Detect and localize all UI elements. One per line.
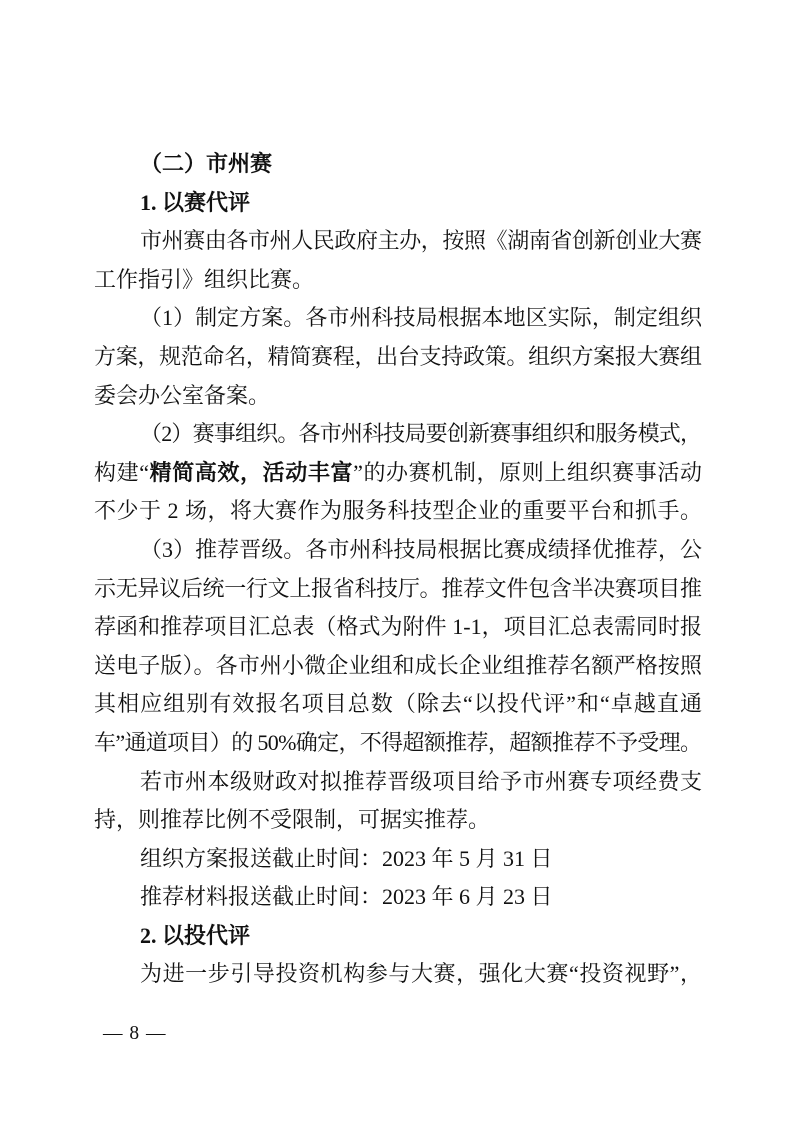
text-run: 荐函和推荐项目汇总表（格式为附件 1-1，项目汇总表需同时报 bbox=[94, 614, 702, 639]
text-run: 工作指引》组织比赛。 bbox=[94, 267, 314, 292]
text-run: 若市州本级财政对拟推荐晋级项目给予市州赛专项经费支 bbox=[140, 769, 703, 794]
text-line: 其相应组别有效报名项目总数（除去“以投代评”和“卓越直通 bbox=[94, 685, 702, 724]
deadline-line: 组织方案报送截止时间：2023 年 5 月 31 日 bbox=[94, 840, 702, 879]
subsection-heading: 2. 以投代评 bbox=[94, 917, 702, 956]
text-run: 委会办公室备案。 bbox=[94, 383, 270, 408]
deadline-line: 推荐材料报送截止时间：2023 年 6 月 23 日 bbox=[94, 878, 702, 917]
text-line: 方案，规范命名，精简赛程，出台支持政策。组织方案报大赛组 bbox=[94, 338, 702, 377]
subsection-heading: 1. 以赛代评 bbox=[94, 184, 702, 223]
text-run: （2）赛事组织。各市州科技局要创新赛事组织和服务模式， bbox=[140, 421, 701, 446]
bold-text-run: 精简高效，活动丰富 bbox=[150, 460, 353, 485]
text-run: 不少于 2 场，将大赛作为服务科技型企业的重要平台和抓手。 bbox=[94, 498, 703, 523]
text-run: 2. 以投代评 bbox=[140, 923, 250, 948]
text-line: 委会办公室备案。 bbox=[94, 377, 702, 416]
text-line: 为进一步引导投资机构参与大赛，强化大赛“投资视野”， bbox=[94, 955, 702, 994]
text-run: 示无异议后统一行文上报省科技厅。推荐文件包含半决赛项目推 bbox=[94, 576, 702, 601]
text-line: 不少于 2 场，将大赛作为服务科技型企业的重要平台和抓手。 bbox=[94, 492, 702, 531]
text-line: 示无异议后统一行文上报省科技厅。推荐文件包含半决赛项目推 bbox=[94, 570, 702, 609]
text-run: 送电子版）。各市州小微企业组和成长企业组推荐名额严格按照 bbox=[94, 653, 702, 678]
section-heading: （二）市州赛 bbox=[94, 145, 702, 184]
text-run: 1. 以赛代评 bbox=[140, 190, 250, 215]
text-run: （1）制定方案。各市州科技局根据本地区实际，制定组织 bbox=[140, 305, 702, 330]
text-line: （3）推荐晋级。各市州科技局根据比赛成绩择优推荐，公 bbox=[94, 531, 702, 570]
text-line: 工作指引》组织比赛。 bbox=[94, 261, 702, 300]
text-run: 其相应组别有效报名项目总数（除去“以投代评”和“卓越直通 bbox=[94, 691, 703, 716]
text-line: 若市州本级财政对拟推荐晋级项目给予市州赛专项经费支 bbox=[94, 763, 702, 802]
text-run: 持，则推荐比例不受限制，可据实推荐。 bbox=[94, 807, 490, 832]
text-run: （3）推荐晋级。各市州科技局根据比赛成绩择优推荐，公 bbox=[140, 537, 702, 562]
text-run: ”的办赛机制，原则上组织赛事活动 bbox=[353, 460, 703, 485]
text-line: （2）赛事组织。各市州科技局要创新赛事组织和服务模式， bbox=[94, 415, 702, 454]
text-run: （二）市州赛 bbox=[140, 151, 272, 176]
text-line: 市州赛由各市州人民政府主办，按照《湖南省创新创业大赛 bbox=[94, 222, 702, 261]
text-line: 车”通道项目）的 50%确定，不得超额推荐，超额推荐不予受理。 bbox=[94, 724, 702, 763]
page-number: — 8 — bbox=[103, 1022, 167, 1046]
text-line: 构建“精简高效，活动丰富”的办赛机制，原则上组织赛事活动 bbox=[94, 454, 702, 493]
page-number-text: — 8 — bbox=[103, 1023, 167, 1044]
text-run: 方案，规范命名，精简赛程，出台支持政策。组织方案报大赛组 bbox=[94, 344, 702, 369]
text-line: 持，则推荐比例不受限制，可据实推荐。 bbox=[94, 801, 702, 840]
text-line: 送电子版）。各市州小微企业组和成长企业组推荐名额严格按照 bbox=[94, 647, 702, 686]
text-run: 组织方案报送截止时间：2023 年 5 月 31 日 bbox=[140, 846, 553, 871]
document-body: （二）市州赛 1. 以赛代评 市州赛由各市州人民政府主办，按照《湖南省创新创业大… bbox=[94, 145, 702, 994]
text-run: 车”通道项目）的 50%确定，不得超额推荐，超额推荐不予受理。 bbox=[94, 730, 701, 755]
text-run: 构建“ bbox=[94, 460, 150, 485]
document-page: （二）市州赛 1. 以赛代评 市州赛由各市州人民政府主办，按照《湖南省创新创业大… bbox=[0, 0, 793, 1122]
text-line: 荐函和推荐项目汇总表（格式为附件 1-1，项目汇总表需同时报 bbox=[94, 608, 702, 647]
text-run: 推荐材料报送截止时间：2023 年 6 月 23 日 bbox=[140, 884, 553, 909]
text-line: （1）制定方案。各市州科技局根据本地区实际，制定组织 bbox=[94, 299, 702, 338]
text-run: 为进一步引导投资机构参与大赛，强化大赛“投资视野”， bbox=[140, 961, 703, 986]
text-run: 市州赛由各市州人民政府主办，按照《湖南省创新创业大赛 bbox=[140, 228, 702, 253]
